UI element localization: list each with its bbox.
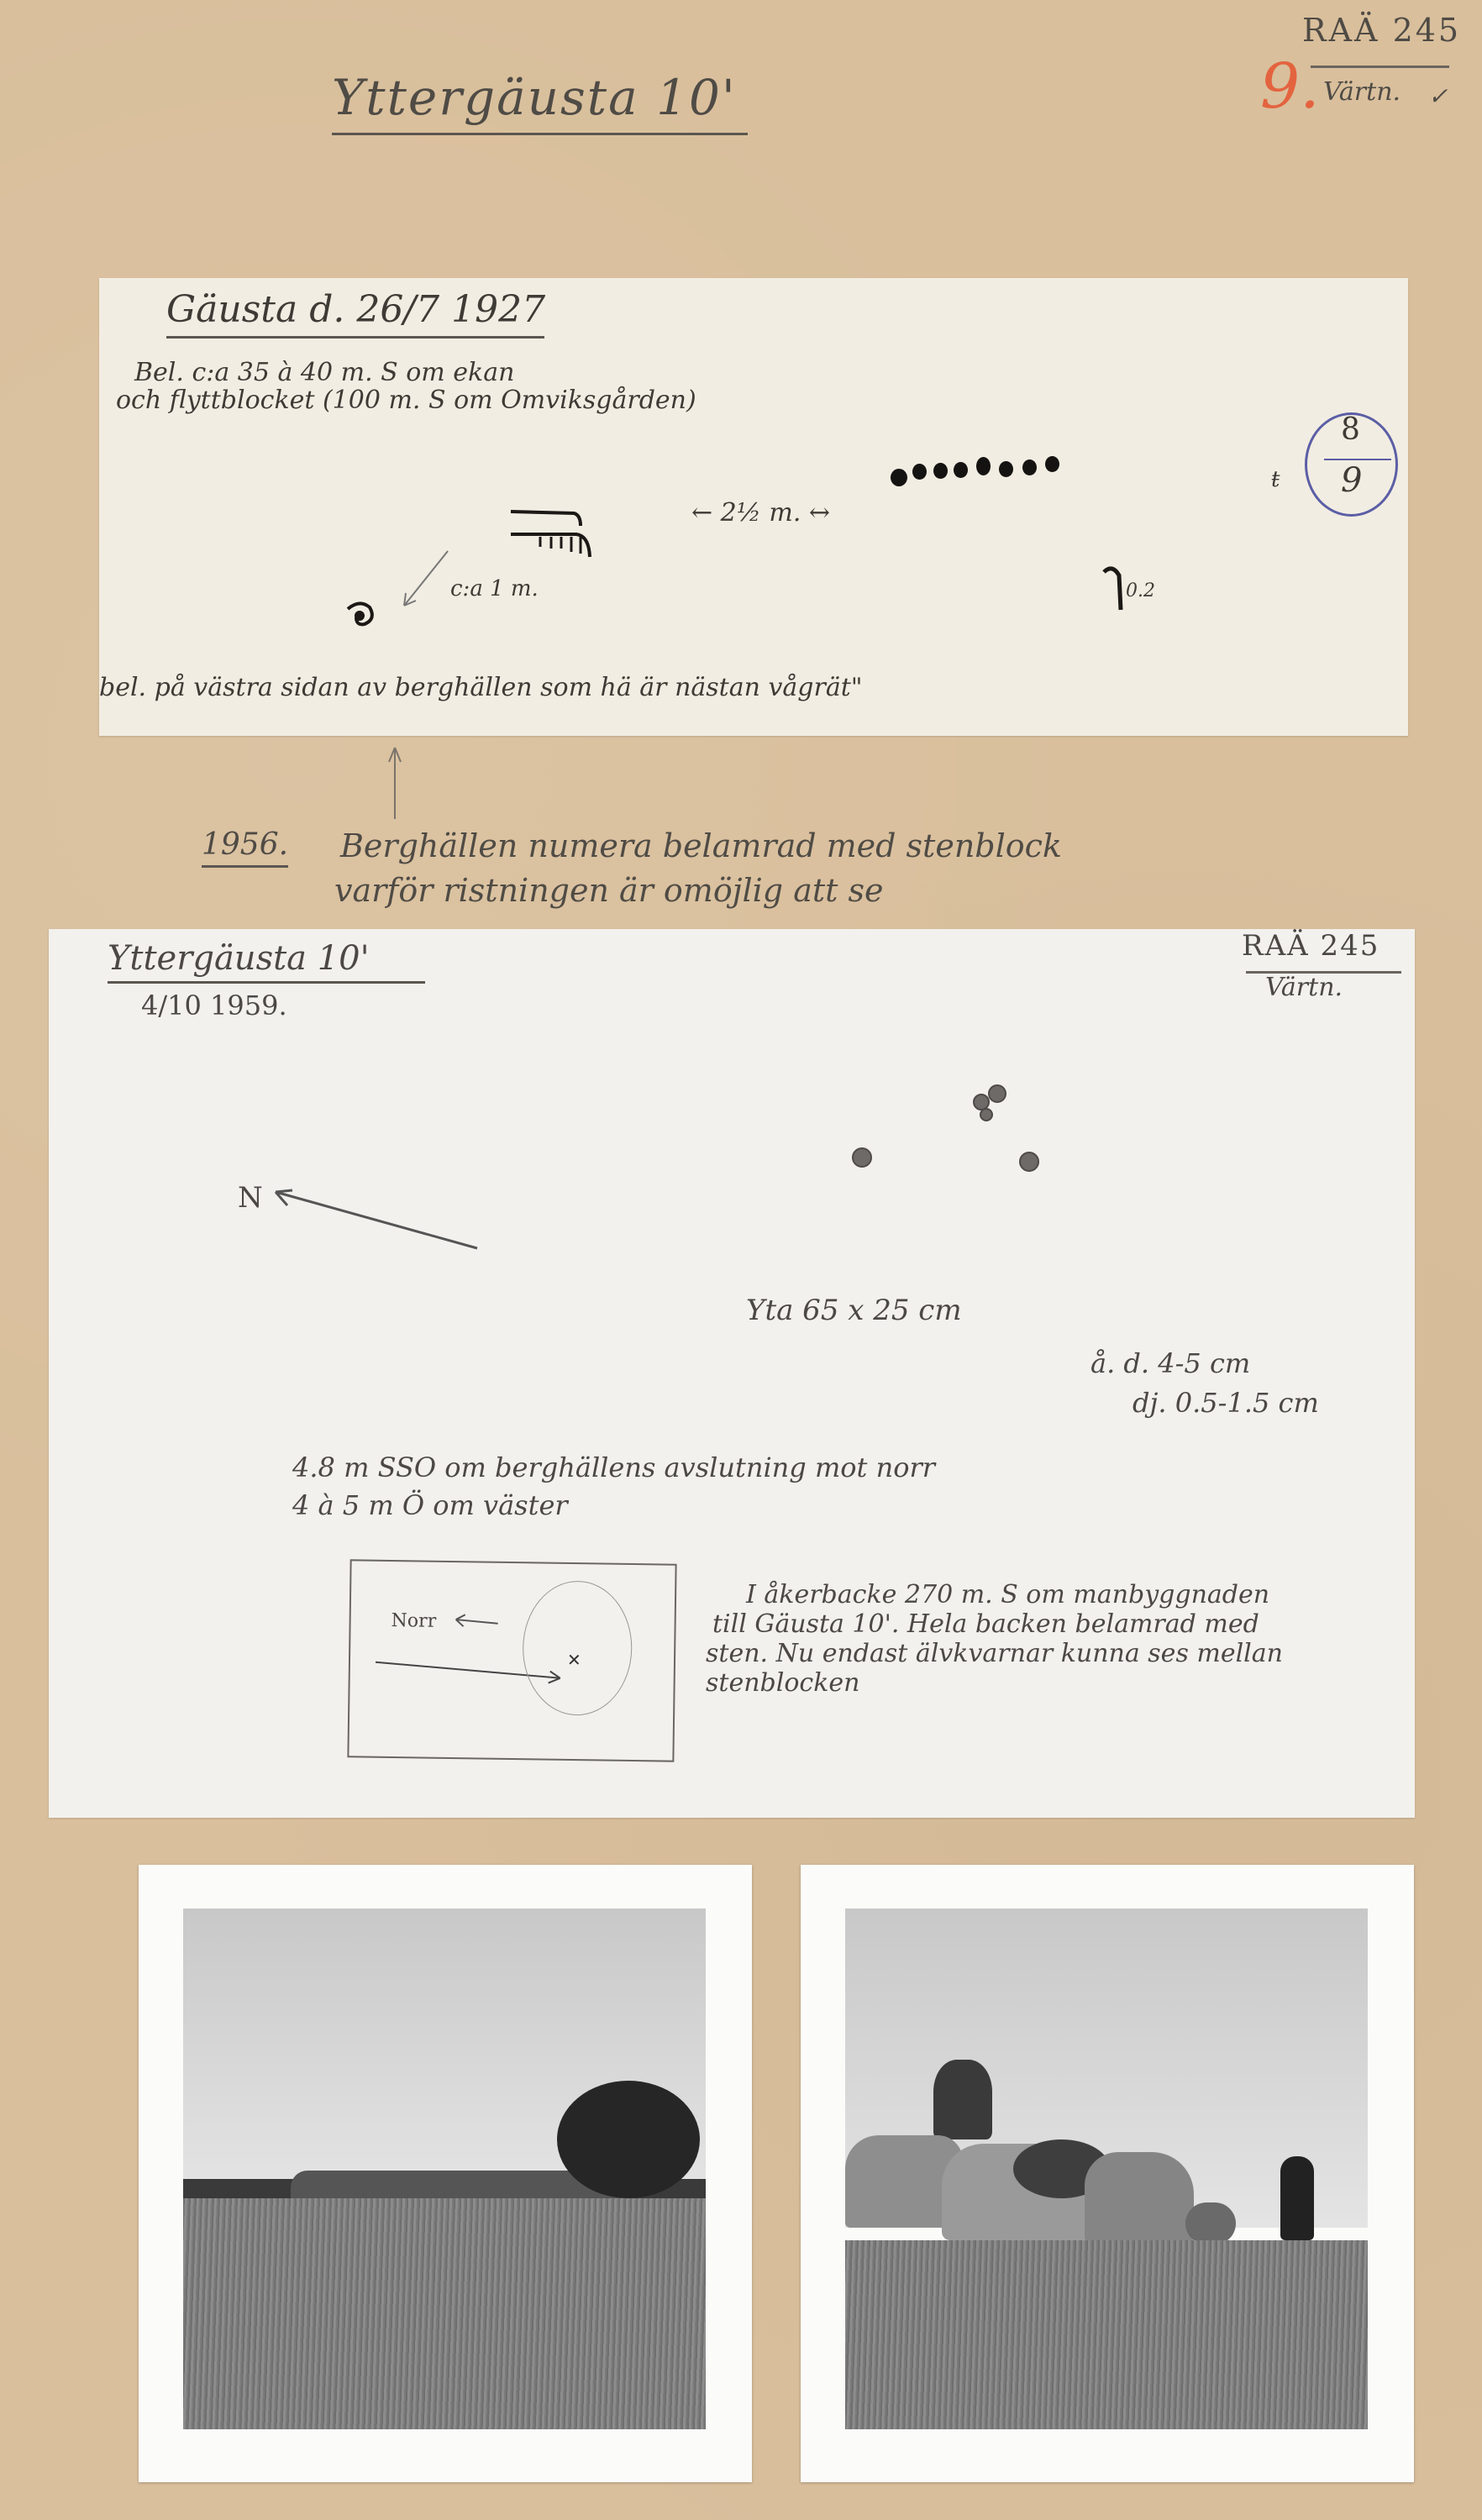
area-label: Yta 65 x 25 cm	[746, 1294, 962, 1327]
boulder	[1185, 2202, 1236, 2244]
arrow-up-icon	[382, 743, 407, 823]
check-mark-icon: ✓	[1428, 82, 1448, 110]
depth-label: 0.2	[1126, 580, 1155, 601]
tree	[557, 2081, 700, 2198]
card-1927-line2: och flyttblocket (100 m. S om Omviksgård…	[116, 386, 696, 415]
photo-1	[139, 1865, 752, 2482]
location-sketch: Norr ✕	[347, 1559, 676, 1761]
paragraph-line-1: I åkerbacke 270 m. S om manbyggnaden	[746, 1580, 1269, 1609]
parish-label: Värtn.	[1323, 77, 1401, 107]
note-1956-year: 1956.	[202, 827, 288, 868]
card-1959-parish: Värtn.	[1265, 973, 1343, 1002]
ship-figure-icon	[494, 496, 603, 564]
card-1959: Yttergäusta 10' 4/10 1959. RAÄ 245 Värtn…	[49, 929, 1415, 1818]
photo-2	[801, 1865, 1414, 2482]
card-1927: Gäusta d. 26/7 1927 Bel. c:a 35 à 40 m. …	[99, 278, 1408, 736]
distance-label: ← 2½ m. ↔	[691, 498, 830, 528]
raa-number: RAÄ 245	[1302, 12, 1461, 49]
x-marker-icon: ✕	[567, 1650, 581, 1670]
card-1959-raa: RAÄ 245	[1242, 929, 1380, 963]
boulder	[1085, 2152, 1194, 2244]
paragraph-line-4: stenblocken	[706, 1668, 859, 1698]
card-1927-bottom-note: bel. på västra sidan av berghällen som h…	[99, 673, 863, 702]
cup-diameter-label: å. d. 4-5 cm	[1090, 1347, 1250, 1379]
card-1927-title: Gäusta d. 26/7 1927	[166, 288, 544, 339]
note-1956-line2: varför ristningen är omöjlig att se	[334, 872, 883, 909]
side-mark: ŧ	[1271, 467, 1280, 492]
stone-pile-oval	[522, 1580, 633, 1716]
paragraph-line-2: till Gäusta 10'. Hela backen belamrad me…	[712, 1609, 1259, 1639]
photo-1-image	[183, 1908, 706, 2429]
sheet-number: 9.	[1260, 50, 1320, 123]
measurement-1: 4.8 m SSO om berghällens avslutning mot …	[292, 1452, 935, 1483]
sketch-norr-label: Norr	[391, 1610, 436, 1632]
card-1959-title: Yttergäusta 10'	[108, 939, 425, 984]
north-label: N	[238, 1181, 263, 1215]
board-title: Yttergäusta 10'	[332, 69, 748, 135]
paragraph-line-3: sten. Nu endast älvkvarnar kunna ses mel…	[706, 1639, 1283, 1668]
small-tree	[933, 2060, 992, 2139]
ca-label: c:a 1 m.	[450, 576, 539, 601]
person	[1280, 2156, 1314, 2240]
card-1927-line1: Bel. c:a 35 à 40 m. S om ekan	[134, 358, 514, 387]
archive-board: { "board": { "title": "Yttergäusta 10'",…	[0, 0, 1482, 2520]
arrow-left-icon	[452, 1613, 502, 1630]
photo-2-image	[845, 1908, 1368, 2429]
note-1956-line1: Berghällen numera belamrad med stenblock	[340, 827, 1062, 864]
north-arrow-icon	[267, 1185, 486, 1252]
circle-number-top: 8	[1341, 412, 1360, 447]
circle-divider	[1324, 459, 1391, 460]
spiral-figure-icon	[344, 596, 378, 629]
measurement-2: 4 à 5 m Ö om väster	[292, 1489, 568, 1521]
circle-number-bottom: 9	[1341, 461, 1362, 500]
card-1959-date: 4/10 1959.	[141, 990, 287, 1021]
raa-divider	[1311, 66, 1449, 68]
cup-depth-label: dj. 0.5-1.5 cm	[1133, 1387, 1319, 1419]
